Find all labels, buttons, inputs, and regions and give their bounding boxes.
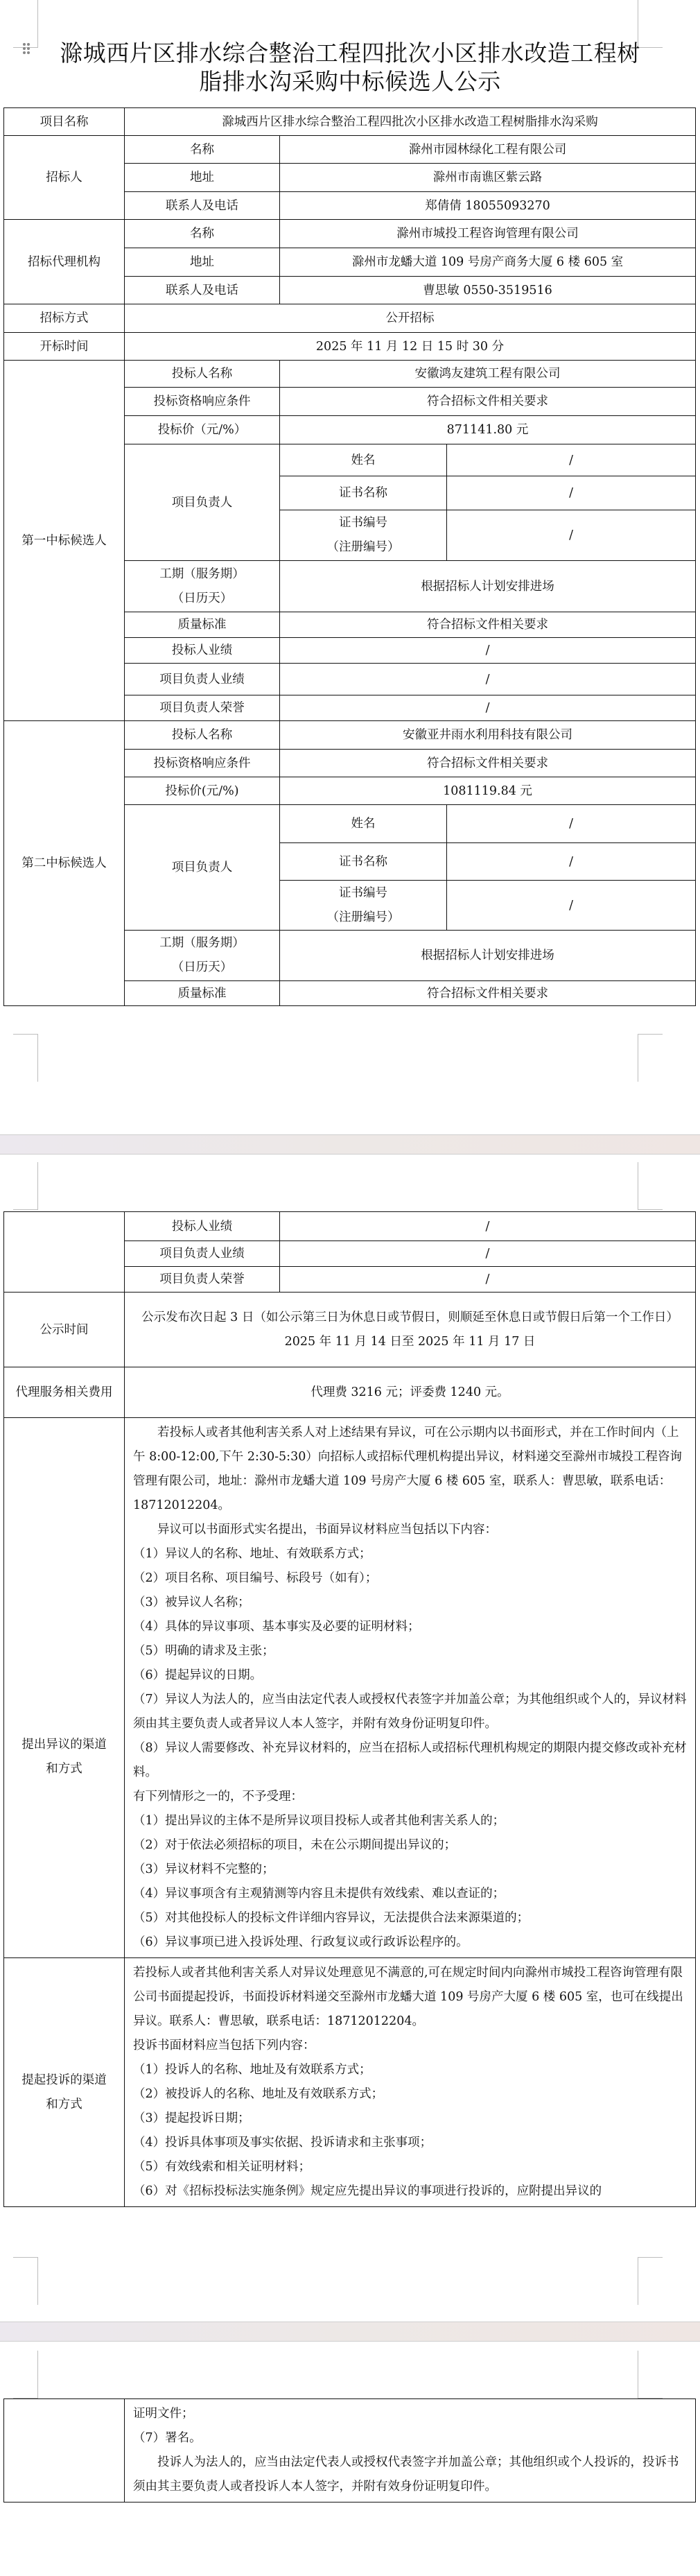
paragraph: （4）异议事项含有主观猜测等内容且未提供有效线索、难以查证的；: [133, 1882, 687, 1906]
paragraph: （2）被投诉人的名称、地址及有效联系方式；: [133, 2082, 687, 2107]
c2-manager-name-value: /: [447, 805, 696, 843]
announcement-table-part-3: 证明文件；（7）署名。投诉人为法人的，应当由法定代表人或授权代表签字并加盖公章；…: [3, 2398, 696, 2502]
paragraph: （6）异议事项已进入投诉处理、行政复议或行政诉讼程序的。: [133, 1930, 687, 1955]
c2-qualification-value: 符合招标文件相关要求: [280, 750, 696, 777]
page-corner-mark: [13, 2257, 38, 2305]
bid-method-value: 公开招标: [125, 304, 696, 333]
document-page-3: 证明文件；（7）署名。投诉人为法人的，应当由法定代表人或授权代表签字并加盖公章；…: [0, 2342, 700, 2576]
project-name-value: 滁城西片区排水综合整治工程四批次小区排水改造工程树脂排水沟采购: [125, 108, 696, 136]
agency-label: 招标代理机构: [4, 220, 125, 304]
paragraph: （1）异议人的名称、地址、有效联系方式；: [133, 1542, 687, 1566]
paragraph: （6）提起异议的日期。: [133, 1663, 687, 1688]
paragraph: （7）异议人为法人的，应当由法定代表人或授权代表签字并加盖公章；为其他组织或个人…: [133, 1688, 687, 1736]
paragraph: 若投标人或者其他利害关系人对上述结果有异议，可在公示期内以书面形式，并在工作时间…: [133, 1421, 687, 1518]
complaint-content-continued: 证明文件；（7）署名。投诉人为法人的，应当由法定代表人或授权代表签字并加盖公章；…: [125, 2399, 696, 2502]
c1-period-value: 根据招标人计划安排进场: [280, 561, 696, 612]
project-name-label: 项目名称: [4, 108, 125, 136]
document-title-line-2: 脂排水沟采购中标候选人公示: [0, 67, 700, 96]
complaint-continued-label: [4, 2399, 125, 2502]
c1-cert-name-value: /: [447, 476, 696, 510]
paragraph: （2）对于依法必须招标的项目，未在公示期间提出异议的；: [133, 1833, 687, 1858]
c1-manager-name-label: 姓名: [280, 444, 447, 476]
page-corner-mark: [638, 2351, 663, 2398]
paragraph: 异议可以书面形式实名提出，书面异议材料应当包括以下内容：: [133, 1518, 687, 1542]
c1-period-label: 工期（服务期）（日历天）: [125, 561, 280, 612]
publicity-time-label: 公示时间: [4, 1293, 125, 1367]
c2-period-value: 根据招标人计划安排进场: [280, 931, 696, 981]
paragraph: （5）明确的请求及主张；: [133, 1639, 687, 1663]
c2-qualification-label: 投标资格响应条件: [125, 750, 280, 777]
c2-continued-label: [4, 1212, 125, 1293]
tenderer-label: 招标人: [4, 136, 125, 220]
candidate-1-label: 第一中标候选人: [4, 361, 125, 721]
announcement-table-part-1: 项目名称 滁城西片区排水综合整治工程四批次小区排水改造工程树脂排水沟采购 招标人…: [3, 107, 696, 1006]
c1-qualification-label: 投标资格响应条件: [125, 388, 280, 416]
paragraph: （2）项目名称、项目编号、标段号（如有）；: [133, 1566, 687, 1591]
tenderer-name-label: 名称: [125, 136, 280, 164]
complaint-content: 若投标人或者其他利害关系人对异议处理意见不满意的,可在规定时间内向滁州市城投工程…: [125, 1958, 696, 2207]
c2-manager-perf-value: /: [280, 1241, 696, 1267]
c2-bidder-name-value: 安徽亚井雨水利用科技有限公司: [280, 721, 696, 750]
c1-cert-name-label: 证书名称: [280, 476, 447, 510]
agency-fee-label: 代理服务相关费用: [4, 1367, 125, 1418]
c1-quality-label: 质量标准: [125, 612, 280, 638]
page-separator: [0, 2322, 700, 2342]
c2-manager-honor-value: /: [280, 1267, 696, 1293]
document-page-2: 投标人业绩 / 项目负责人业绩 / 项目负责人荣誉 / 公示时间 公示发布次日起…: [0, 1155, 700, 2322]
page-corner-mark: [13, 1034, 38, 1082]
paragraph: （5）对其他投标人的投标文件详细内容异议，无法提供合法来源渠道的；: [133, 1906, 687, 1930]
page-corner-mark: [638, 1162, 663, 1210]
paragraph: （7）署名。: [133, 2426, 687, 2450]
page-corner-mark: [13, 2351, 38, 2398]
c1-manager-perf-value: /: [280, 664, 696, 695]
c2-manager-honor-label: 项目负责人荣誉: [125, 1267, 280, 1293]
c1-manager-perf-label: 项目负责人业绩: [125, 664, 280, 695]
paragraph: （4）投诉具体事项及事实依据、投诉请求和主张事项；: [133, 2131, 687, 2155]
c1-bidder-name-value: 安徽鸿友建筑工程有限公司: [280, 361, 696, 388]
c1-price-label: 投标价（元/%）: [125, 416, 280, 444]
agency-contact-value: 曹思敏 0550-3519516: [280, 277, 696, 304]
paragraph: （6）对《招标投标法实施条例》规定应先提出异议的事项进行投诉的，应附提出异议的: [133, 2179, 687, 2204]
c2-price-label: 投标价(元/%): [125, 777, 280, 805]
paragraph: 证明文件；: [133, 2402, 687, 2426]
tenderer-address-label: 地址: [125, 164, 280, 192]
paragraph: 投诉书面材料应当包括下列内容：: [133, 2034, 687, 2058]
c2-quality-value: 符合招标文件相关要求: [280, 981, 696, 1006]
c2-price-value: 1081119.84 元: [280, 777, 696, 805]
c2-bidder-perf-value: /: [280, 1212, 696, 1241]
paragraph: （1）提出异议的主体不是所异议项目投标人或者其他利害关系人的；: [133, 1809, 687, 1833]
agency-fee-value: 代理费 3216 元；评委费 1240 元。: [125, 1367, 696, 1418]
paragraph: （5）有效线索和相关证明材料；: [133, 2155, 687, 2179]
tenderer-address-value: 滁州市南谯区紫云路: [280, 164, 696, 192]
paragraph: 投诉人为法人的，应当由法定代表人或授权代表签字并加盖公章；其他组织或个人投诉的，…: [133, 2450, 687, 2499]
paragraph: （3）被异议人名称；: [133, 1591, 687, 1615]
agency-contact-label: 联系人及电话: [125, 277, 280, 304]
agency-name-label: 名称: [125, 220, 280, 248]
c2-manager-name-label: 姓名: [280, 805, 447, 843]
complaint-label: 提起投诉的渠道和方式: [4, 1958, 125, 2207]
c1-qualification-value: 符合招标文件相关要求: [280, 388, 696, 416]
c1-cert-no-label: 证书编号（注册编号）: [280, 510, 447, 561]
paragraph: （1）投诉人的名称、地址及有效联系方式；: [133, 2058, 687, 2082]
c1-bidder-name-label: 投标人名称: [125, 361, 280, 388]
c2-bidder-name-label: 投标人名称: [125, 721, 280, 750]
tenderer-contact-value: 郑倩倩 18055093270: [280, 192, 696, 220]
candidate-2-label: 第二中标候选人: [4, 721, 125, 1006]
objection-content: 若投标人或者其他利害关系人对上述结果有异议，可在公示期内以书面形式，并在工作时间…: [125, 1418, 696, 1958]
c2-manager-perf-label: 项目负责人业绩: [125, 1241, 280, 1267]
publicity-rule: 公示发布次日起 3 日（如公示第三日为休息日或节假日，则顺延至休息日或节假日后第…: [132, 1306, 688, 1330]
c2-quality-label: 质量标准: [125, 981, 280, 1006]
c2-cert-name-value: /: [447, 843, 696, 881]
tenderer-name-value: 滁州市园林绿化工程有限公司: [280, 136, 696, 164]
c1-bidder-perf-label: 投标人业绩: [125, 638, 280, 664]
page-corner-mark: [638, 1034, 663, 1082]
paragraph: （8）异议人需要修改、补充异议材料的，应当在招标人或招标代理机构规定的期限内提交…: [133, 1736, 687, 1785]
paragraph: 有下列情形之一的，不予受理：: [133, 1785, 687, 1809]
c1-cert-no-value: /: [447, 510, 696, 561]
paragraph: 若投标人或者其他利害关系人对异议处理意见不满意的,可在规定时间内向滁州市城投工程…: [133, 1961, 687, 2034]
c2-period-label: 工期（服务期）（日历天）: [125, 931, 280, 981]
document-title-line-1: 滁城西片区排水综合整治工程四批次小区排水改造工程树: [0, 39, 700, 67]
publicity-time-value: 公示发布次日起 3 日（如公示第三日为休息日或节假日，则顺延至休息日或节假日后第…: [125, 1293, 696, 1367]
c1-manager-label: 项目负责人: [125, 444, 280, 561]
document-page-1: 滁城西片区排水综合整治工程四批次小区排水改造工程树 脂排水沟采购中标候选人公示 …: [0, 0, 700, 1134]
page-corner-mark: [13, 1162, 38, 1210]
c2-cert-name-label: 证书名称: [280, 843, 447, 881]
opening-time-value: 2025 年 11 月 12 日 15 时 30 分: [125, 333, 696, 361]
c2-manager-label: 项目负责人: [125, 805, 280, 931]
c1-manager-honor-label: 项目负责人荣誉: [125, 695, 280, 721]
c1-manager-honor-value: /: [280, 695, 696, 721]
paragraph: （3）提起投诉日期；: [133, 2107, 687, 2131]
opening-time-label: 开标时间: [4, 333, 125, 361]
c2-cert-no-value: /: [447, 881, 696, 931]
c1-price-value: 871141.80 元: [280, 416, 696, 444]
c1-bidder-perf-value: /: [280, 638, 696, 664]
announcement-table-part-2: 投标人业绩 / 项目负责人业绩 / 项目负责人荣誉 / 公示时间 公示发布次日起…: [3, 1211, 696, 2207]
agency-name-value: 滁州市城投工程咨询管理有限公司: [280, 220, 696, 248]
paragraph: （4）具体的异议事项、基本事实及必要的证明材料；: [133, 1615, 687, 1639]
page-separator: [0, 1134, 700, 1155]
c2-cert-no-label: 证书编号（注册编号）: [280, 881, 447, 931]
paragraph: （3）异议材料不完整的；: [133, 1858, 687, 1882]
c1-manager-name-value: /: [447, 444, 696, 476]
tenderer-contact-label: 联系人及电话: [125, 192, 280, 220]
agency-address-value: 滁州市龙蟠大道 109 号房产商务大厦 6 楼 605 室: [280, 248, 696, 277]
c2-bidder-perf-label: 投标人业绩: [125, 1212, 280, 1241]
agency-address-label: 地址: [125, 248, 280, 277]
c1-quality-value: 符合招标文件相关要求: [280, 612, 696, 638]
objection-label: 提出异议的渠道和方式: [4, 1418, 125, 1958]
page-corner-mark: [638, 2257, 663, 2305]
bid-method-label: 招标方式: [4, 304, 125, 333]
publicity-dates: 2025 年 11 月 14 日至 2025 年 11 月 17 日: [132, 1330, 688, 1354]
